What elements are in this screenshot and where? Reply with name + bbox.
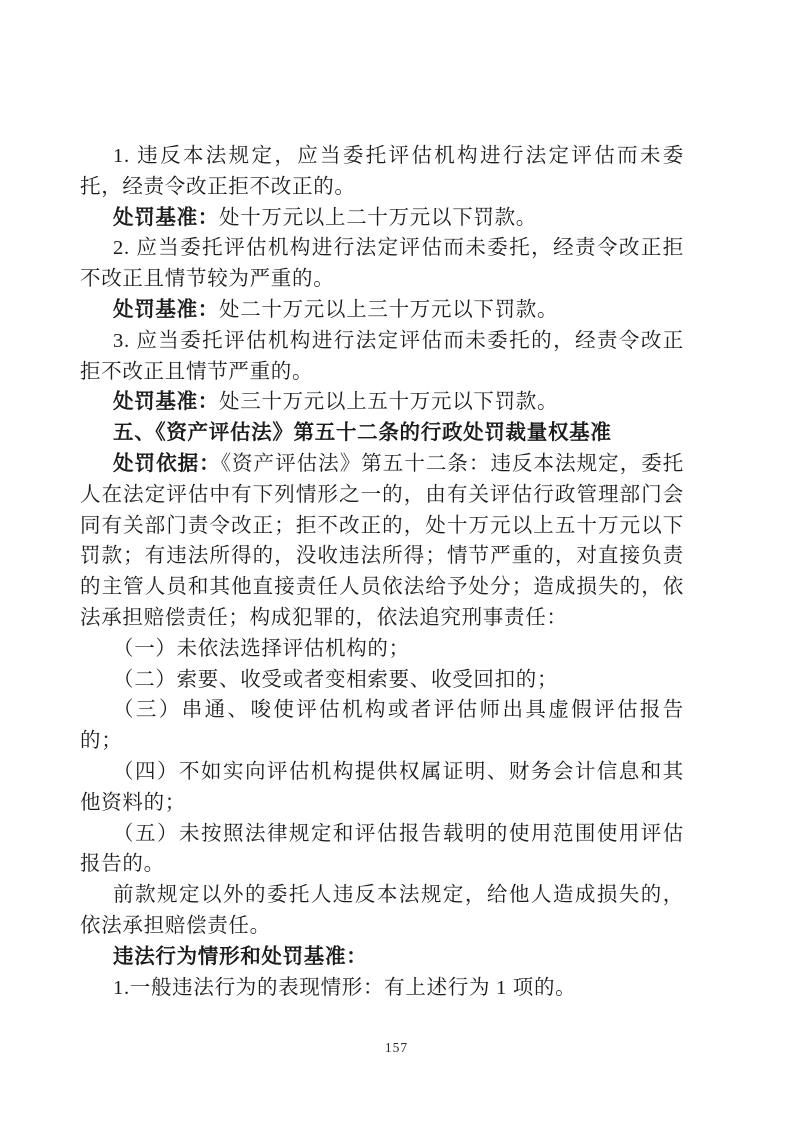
paragraph-text: 《资产评估法》第五十二条：违反本法规定，委托人在法定评估中有下列情形之一的，由有… <box>80 453 684 629</box>
paragraph: 处罚基准：处十万元以上二十万元以下罚款。 <box>80 203 684 234</box>
paragraph-text: 处十万元以上二十万元以下罚款。 <box>219 207 537 229</box>
paragraph-text: 前款规定以外的委托人违反本法规定，给他人造成损失的，依法承担赔偿责任。 <box>80 884 684 937</box>
paragraph: 处罚基准：处二十万元以上三十万元以下罚款。 <box>80 295 684 326</box>
paragraph: 1. 违反本法规定，应当委托评估机构进行法定评估而未委托，经责令改正拒不改正的。 <box>80 141 684 203</box>
paragraph-lead: 处罚依据： <box>113 453 221 475</box>
paragraph-text: （四）不如实向评估机构提供权属证明、财务会计信息和其他资料的； <box>80 761 684 814</box>
paragraph: 处罚依据：《资产评估法》第五十二条：违反本法规定，委托人在法定评估中有下列情形之… <box>80 449 684 634</box>
paragraph-text: （三）串通、唆使评估机构或者评估师出具虚假评估报告的； <box>80 699 684 752</box>
paragraph: 3. 应当委托评估机构进行法定评估而未委托的，经责令改正拒不改正且情节严重的。 <box>80 326 684 388</box>
paragraph-text: 1.一般违法行为的表现情形：有上述行为 1 项的。 <box>113 977 576 999</box>
paragraph-lead: 处罚基准： <box>113 391 219 413</box>
page-number: 157 <box>0 1040 793 1056</box>
paragraph: （二）索要、收受或者变相索要、收受回扣的； <box>80 665 684 696</box>
paragraph: （四）不如实向评估机构提供权属证明、财务会计信息和其他资料的； <box>80 757 684 819</box>
paragraph-text: （一）未依法选择评估机构的； <box>113 638 410 660</box>
document-body: 1. 违反本法规定，应当委托评估机构进行法定评估而未委托，经责令改正拒不改正的。… <box>80 141 684 1003</box>
paragraph-lead: 处罚基准： <box>113 207 219 229</box>
paragraph: （五）未按照法律规定和评估报告载明的使用范围使用评估报告的。 <box>80 819 684 881</box>
paragraph-text: （二）索要、收受或者变相索要、收受回扣的； <box>113 669 558 691</box>
paragraph: 前款规定以外的委托人违反本法规定，给他人造成损失的，依法承担赔偿责任。 <box>80 880 684 942</box>
paragraph-text: 3. 应当委托评估机构进行法定评估而未委托的，经责令改正拒不改正且情节严重的。 <box>80 330 684 383</box>
document-page: 1. 违反本法规定，应当委托评估机构进行法定评估而未委托，经责令改正拒不改正的。… <box>0 0 793 1122</box>
paragraph-text: 1. 违反本法规定，应当委托评估机构进行法定评估而未委托，经责令改正拒不改正的。 <box>80 145 684 198</box>
paragraph-text: 处二十万元以上三十万元以下罚款。 <box>219 299 558 321</box>
paragraph: 1.一般违法行为的表现情形：有上述行为 1 项的。 <box>80 973 684 1004</box>
paragraph-text: 违法行为情形和处罚基准： <box>113 946 367 968</box>
paragraph-text: （五）未按照法律规定和评估报告载明的使用范围使用评估报告的。 <box>80 823 684 876</box>
paragraph-lead: 处罚基准： <box>113 299 219 321</box>
paragraph: 2. 应当委托评估机构进行法定评估而未委托，经责令改正拒不改正且情节较为严重的。 <box>80 233 684 295</box>
paragraph: （三）串通、唆使评估机构或者评估师出具虚假评估报告的； <box>80 695 684 757</box>
paragraph: 处罚基准：处三十万元以上五十万元以下罚款。 <box>80 387 684 418</box>
paragraph-text: 2. 应当委托评估机构进行法定评估而未委托，经责令改正拒不改正且情节较为严重的。 <box>80 237 684 290</box>
paragraph: （一）未依法选择评估机构的； <box>80 634 684 665</box>
paragraph-text: 处三十万元以上五十万元以下罚款。 <box>219 391 558 413</box>
section-heading: 违法行为情形和处罚基准： <box>80 942 684 973</box>
section-heading: 五、《资产评估法》第五十二条的行政处罚裁量权基准 <box>80 418 684 449</box>
paragraph-text: 五、《资产评估法》第五十二条的行政处罚裁量权基准 <box>113 422 612 444</box>
